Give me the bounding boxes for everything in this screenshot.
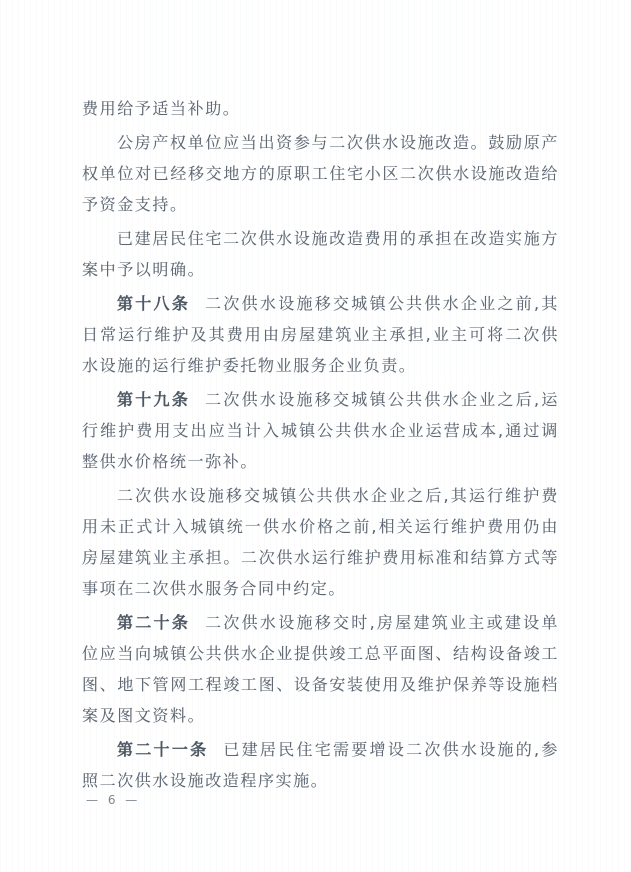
document-page: 费用给予适当补助。公房产权单位应当出资参与二次供水设施改造。鼓励原产权单位对已经… xyxy=(0,0,631,872)
article-number: 第十八条 xyxy=(117,294,190,313)
article-number: 第二十条 xyxy=(117,613,190,632)
paragraph: 已建居民住宅二次供水设施改造费用的承担在改造实施方案中予以明确。 xyxy=(82,223,559,285)
article-number: 第二十一条 xyxy=(117,740,208,759)
paragraph: 第二十一条已建居民住宅需要增设二次供水设施的,参照二次供水设施改造程序实施。 xyxy=(82,734,559,796)
paragraph: 公房产权单位应当出资参与二次供水设施改造。鼓励原产权单位对已经移交地方的原职工住… xyxy=(82,127,559,220)
paragraph: 第二十条二次供水设施移交时,房屋建筑业主或建设单位应当向城镇公共供水企业提供竣工… xyxy=(82,607,559,731)
page-number: — 6 — xyxy=(86,792,140,808)
paragraph: 费用给予适当补助。 xyxy=(82,93,559,124)
article-number: 第十九条 xyxy=(117,390,190,409)
paragraph: 第十八条二次供水设施移交城镇公共供水企业之前,其日常运行维护及其费用由房屋建筑业… xyxy=(82,288,559,381)
paragraph: 二次供水设施移交城镇公共供水企业之后,其运行维护费用未正式计入城镇统一供水价格之… xyxy=(82,480,559,604)
paragraph: 第十九条二次供水设施移交城镇公共供水企业之后,运行维护费用支出应当计入城镇公共供… xyxy=(82,384,559,477)
document-body: 费用给予适当补助。公房产权单位应当出资参与二次供水设施改造。鼓励原产权单位对已经… xyxy=(82,93,559,799)
